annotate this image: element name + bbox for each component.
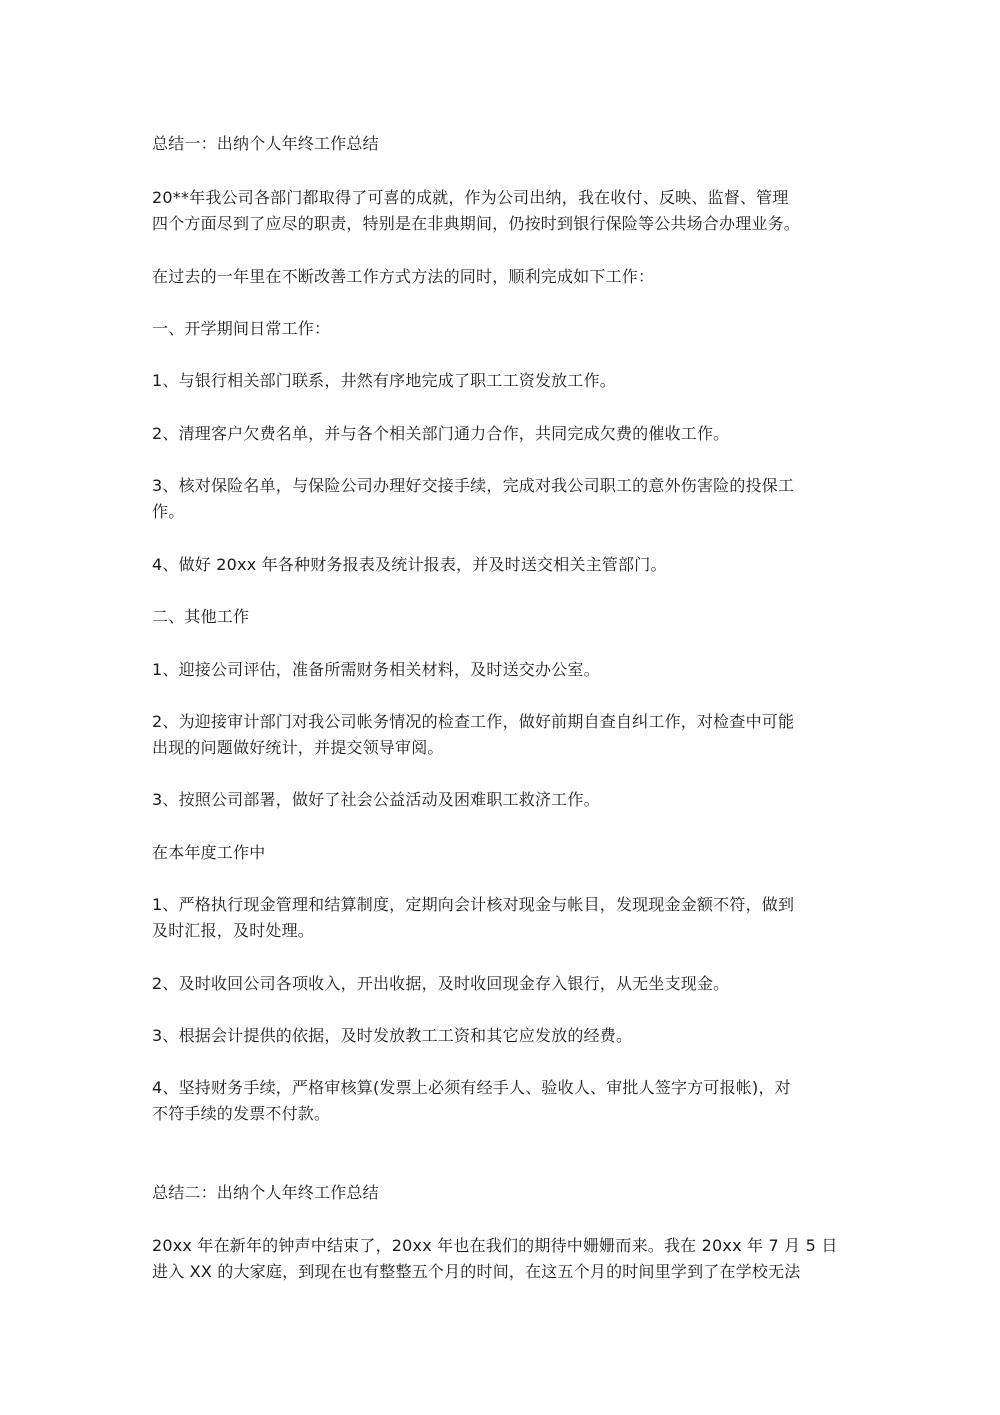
part-1-item-1: 1、与银行相关部门联系，井然有序地完成了职工工资发放工作。 [152, 368, 852, 394]
section-2-intro-line-2: 进入 XX 的大家庭，到现在也有整整五个月的时间，在这五个月的时间里学到了在学校… [152, 1259, 852, 1285]
part-2-item-2-line-1: 2、为迎接审计部门对我公司帐务情况的检查工作，做好前期自查自纠工作，对检查中可能 [152, 709, 852, 735]
part-2-item-2-line-2: 出现的问题做好统计，并提交领导审阅。 [152, 735, 852, 761]
part-1-item-4: 4、做好 20xx 年各种财务报表及统计报表，并及时送交相关主管部门。 [152, 552, 852, 578]
part-1-item-3-line-2: 作。 [152, 499, 852, 525]
part-3-item-1-line-2: 及时汇报，及时处理。 [152, 918, 852, 944]
section-2-title: 总结二：出纳个人年终工作总结 [152, 1180, 852, 1206]
part-1-heading: 一、开学期间日常工作： [152, 316, 852, 342]
part-3-item-2: 2、及时收回公司各项收入，开出收据，及时收回现金存入银行，从无坐支现金。 [152, 971, 852, 997]
part-1-item-2: 2、清理客户欠费名单，并与各个相关部门通力合作，共同完成欠费的催收工作。 [152, 421, 852, 447]
section-1-intro-line-1: 20**年我公司各部门都取得了可喜的成就，作为公司出纳，我在收付、反映、监督、管… [152, 185, 852, 211]
part-3-item-4-line-1: 4、坚持财务手续，严格审核算(发票上必须有经手人、验收人、审批人签字方可报帐)，… [152, 1075, 852, 1101]
part-1-item-3-line-1: 3、核对保险名单，与保险公司办理好交接手续，完成对我公司职工的意外伤害险的投保工 [152, 473, 852, 499]
part-3-item-4-line-2: 不符手续的发票不付款。 [152, 1101, 852, 1127]
part-3-heading: 在本年度工作中 [152, 840, 852, 866]
section-2-intro-line-1: 20xx 年在新年的钟声中结束了，20xx 年也在我们的期待中姗姗而来。我在 2… [152, 1233, 852, 1259]
section-1-lead: 在过去的一年里在不断改善工作方式方法的同时，顺利完成如下工作： [152, 264, 852, 290]
part-3-item-3: 3、根据会计提供的依据，及时发放教工工资和其它应发放的经费。 [152, 1023, 852, 1049]
document-page: 总结一：出纳个人年终工作总结 20**年我公司各部门都取得了可喜的成就，作为公司… [0, 0, 1000, 1415]
section-1-intro-line-2: 四个方面尽到了应尽的职责，特别是在非典期间，仍按时到银行保险等公共场合办理业务。 [152, 211, 852, 237]
section-1-title: 总结一：出纳个人年终工作总结 [152, 131, 852, 157]
part-2-item-1: 1、迎接公司评估，准备所需财务相关材料，及时送交办公室。 [152, 657, 852, 683]
part-2-item-3: 3、按照公司部署，做好了社会公益活动及困难职工救济工作。 [152, 787, 852, 813]
part-3-item-1-line-1: 1、严格执行现金管理和结算制度，定期向会计核对现金与帐目，发现现金金额不符，做到 [152, 892, 852, 918]
part-2-heading: 二、其他工作 [152, 604, 852, 630]
